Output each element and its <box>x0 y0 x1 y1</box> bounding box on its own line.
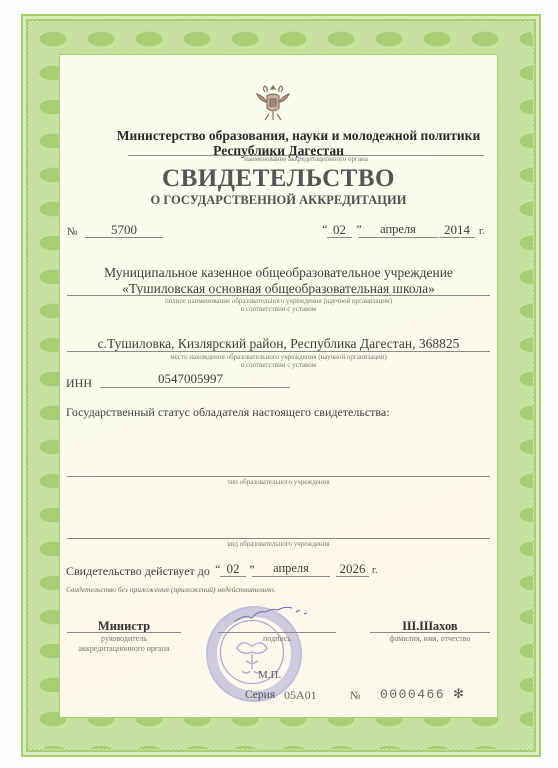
type-underline <box>67 476 490 477</box>
valid-year: 2026 <box>336 561 369 577</box>
signature-underline <box>218 632 336 633</box>
double-headed-eagle-emblem-icon <box>253 82 293 124</box>
blank-number-label: № <box>350 690 361 702</box>
institution-caption-1: полное наименование образовательного учр… <box>67 297 490 305</box>
certificate-number: 5700 <box>85 222 163 238</box>
kind-caption: вид образовательного учреждения <box>67 540 490 548</box>
issue-day: 02 <box>327 222 352 238</box>
address-caption-2: в соответствии с уставом <box>67 361 490 369</box>
issue-year: 2014 <box>439 222 475 238</box>
certificate-title: СВИДЕТЕЛЬСТВО <box>60 165 497 193</box>
issue-month: апреля <box>358 222 438 237</box>
valid-day: 02 <box>220 561 246 577</box>
valid-month: апреля <box>252 561 330 576</box>
position-caption-1: руководитель <box>67 634 181 644</box>
position-caption-2: аккредитационного органа <box>67 644 181 654</box>
valid-until-label: Свидетельство действует до <box>66 564 210 579</box>
asterisk-mark-icon: ✻ <box>453 686 464 702</box>
address-underline <box>67 351 490 352</box>
institution-caption-2: в соответствии с уставом <box>67 305 490 313</box>
status-heading: Государственный статус обладателя настоя… <box>66 405 390 420</box>
signature-caption: подпись <box>218 634 336 644</box>
kind-underline <box>67 538 490 539</box>
issue-month-underline <box>358 237 438 238</box>
blank-number: 0000466 <box>380 687 445 702</box>
inn-value: 0547005997 <box>158 371 223 387</box>
issue-year-suffix: г. <box>479 226 484 237</box>
position-underline <box>67 632 181 633</box>
name-underline <box>370 632 490 633</box>
inn-underline <box>100 387 290 388</box>
institution-underline <box>67 295 490 296</box>
issuer-line-1: Министерство образования, науки и молоде… <box>60 128 537 144</box>
inn-label: ИНН <box>66 376 92 391</box>
valid-month-underline <box>252 576 330 577</box>
signature-scribble <box>232 606 312 626</box>
seal-label: М.П. <box>258 669 281 681</box>
institution-name-line-1: Муниципальное казенное общеобразовательн… <box>60 265 497 281</box>
number-label: № <box>67 226 78 238</box>
address-value: с.Тушиловка, Кизлярский район, Республик… <box>67 336 490 352</box>
valid-year-suffix: г. <box>372 565 377 576</box>
issuer-caption: наименование аккредитационного органа <box>128 155 484 163</box>
address-caption-1: место нахождения образовательного учрежд… <box>67 353 490 361</box>
series-value: 05А01 <box>284 688 317 703</box>
series-label: Серия <box>245 689 275 701</box>
type-caption: тип образовательного учреждения <box>67 478 490 486</box>
validity-note: Свидетельство без приложения (приложений… <box>66 585 276 594</box>
name-caption: фамилия, имя, отчество <box>370 634 490 644</box>
certificate-subtitle: О ГОСУДАРСТВЕННОЙ АККРЕДИТАЦИИ <box>60 193 497 208</box>
